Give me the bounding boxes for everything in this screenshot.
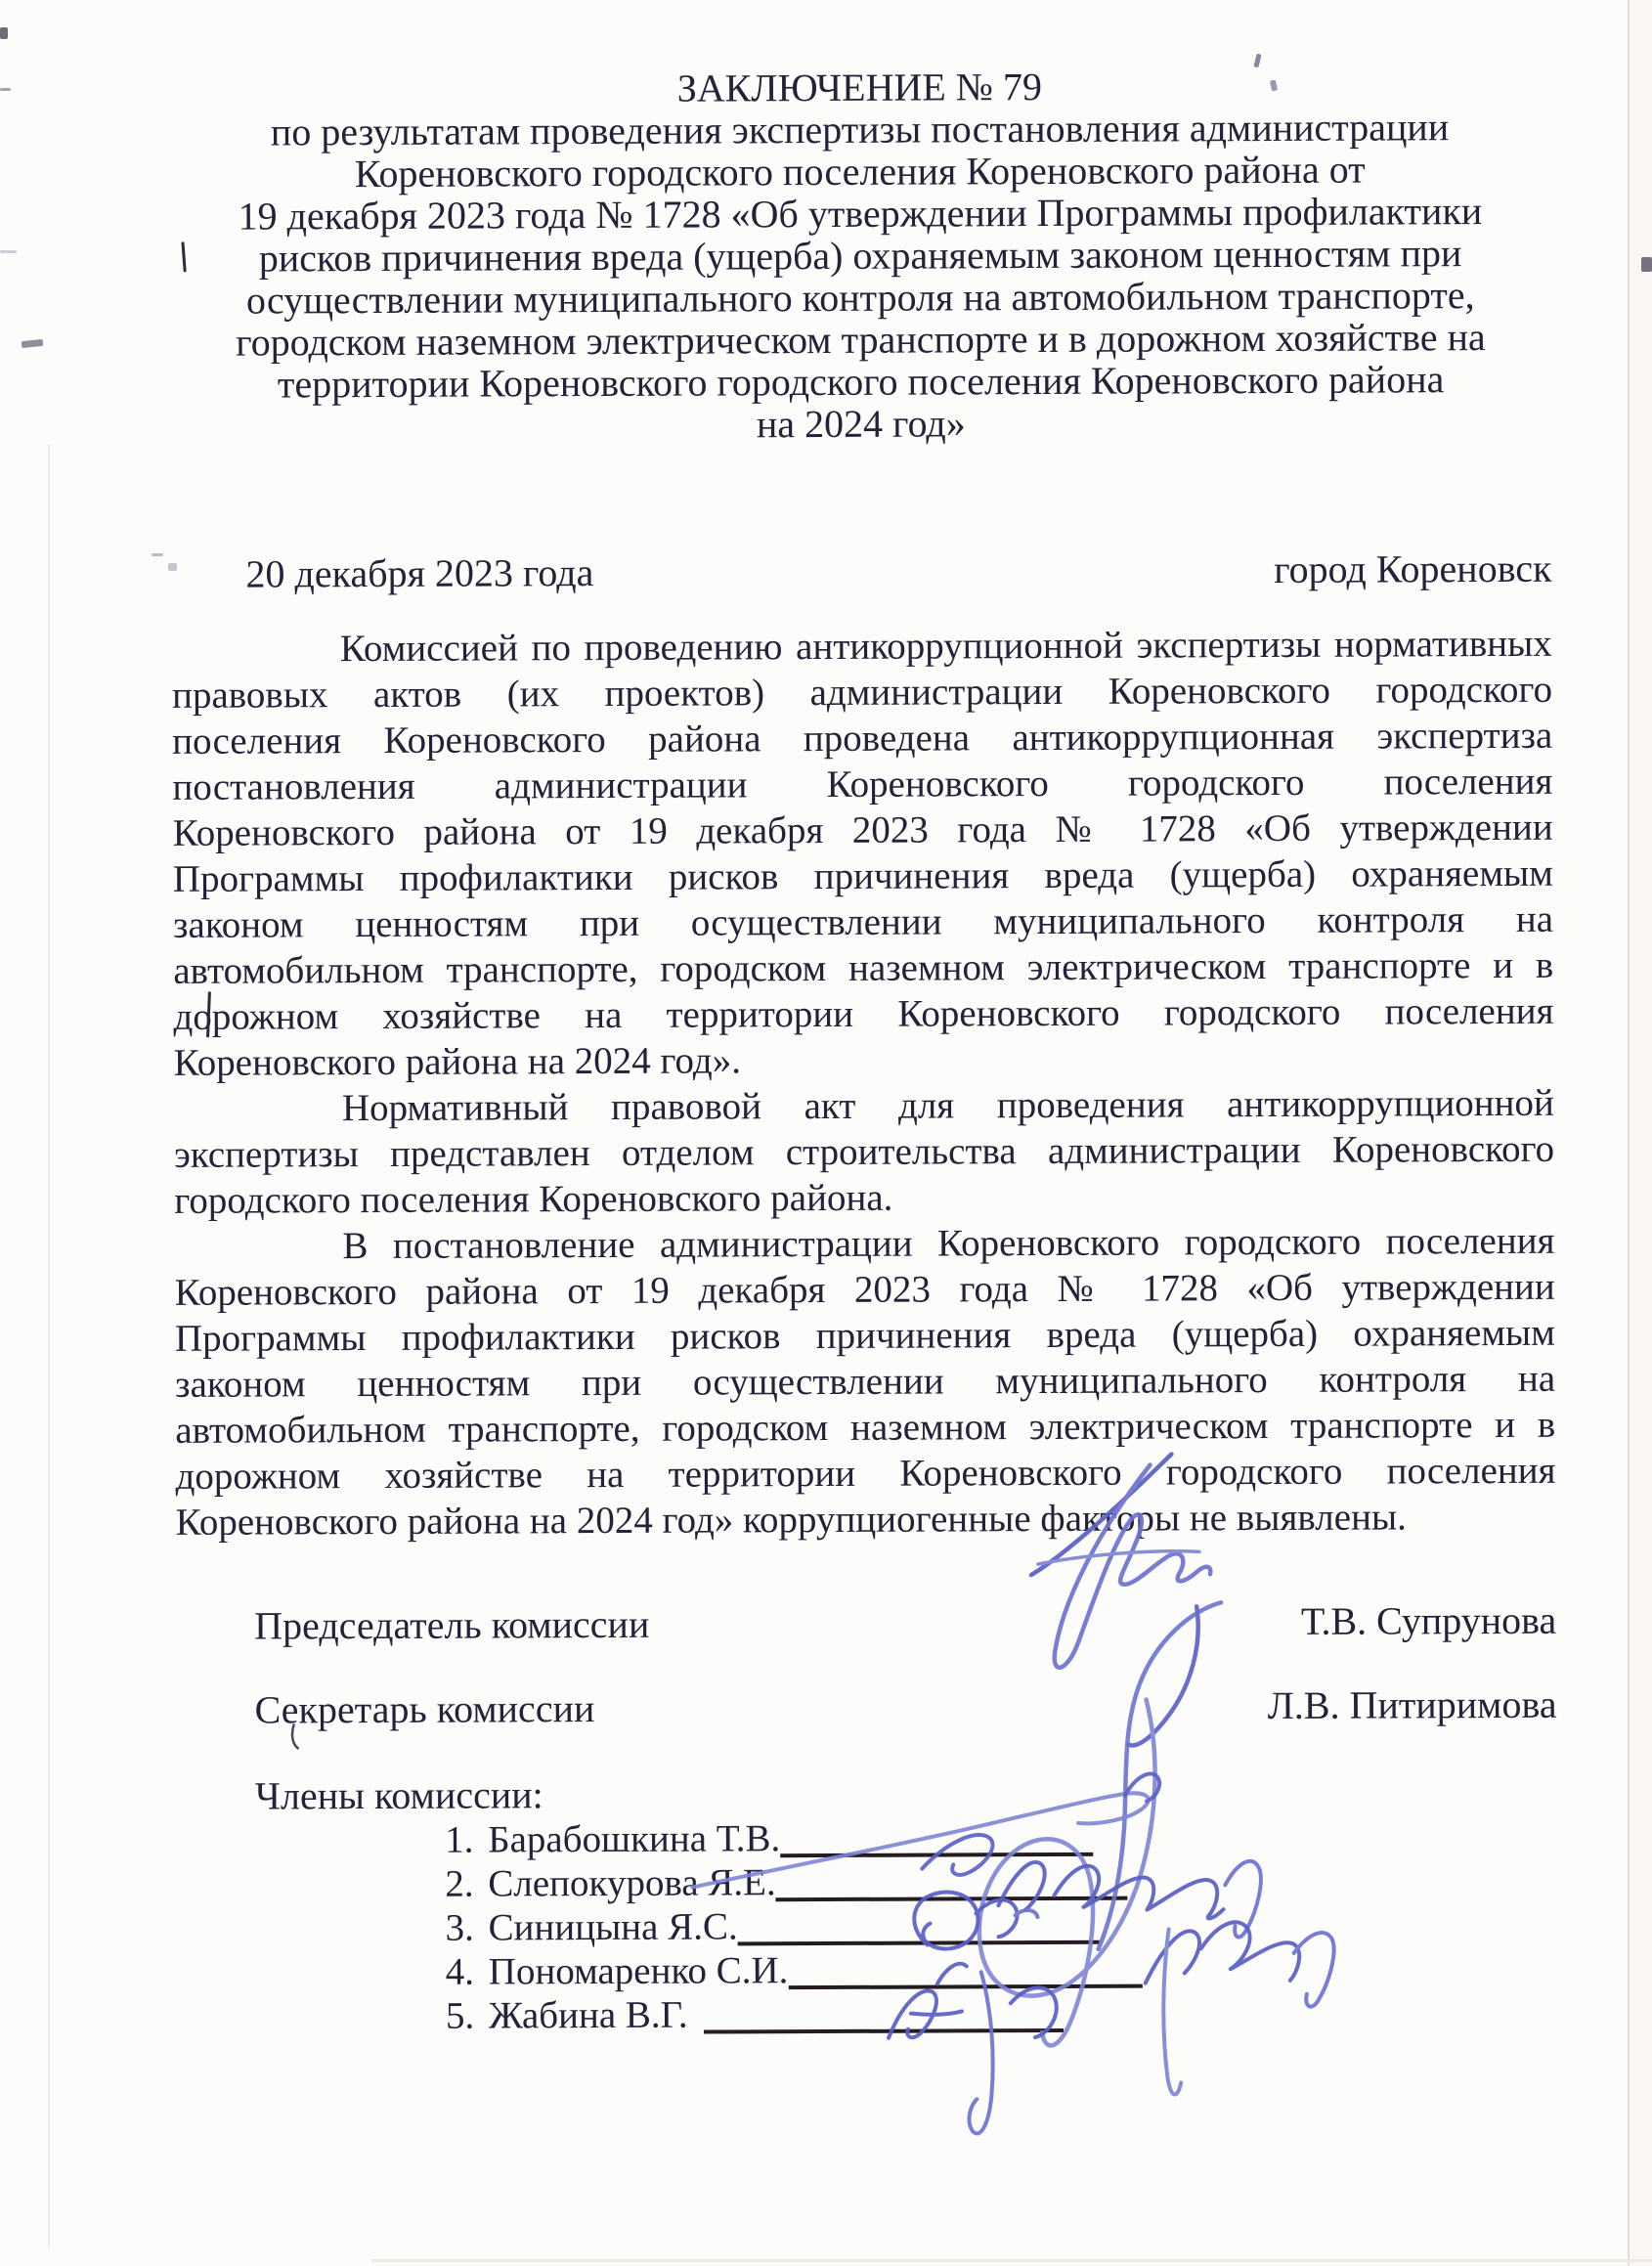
title-line: на 2024 год» [171, 400, 1551, 448]
paragraph-line: Комиссией по проведению антикоррупционно… [172, 621, 1552, 673]
member-name: Жабина В.Г. [489, 1994, 688, 2037]
scan-speck [1641, 257, 1652, 272]
title-line: рисков причинения вреда (ущерба) охраняе… [170, 232, 1550, 280]
secretary-role-label: Секретарь комиссии [254, 1685, 594, 1733]
member-number: 4. [446, 1950, 489, 1994]
secretary-name: Л.В. Питиримова [1268, 1681, 1557, 1728]
chairman-name: Т.В. Супрунова [1301, 1597, 1556, 1644]
scan-speck [0, 27, 8, 39]
member-signature-line [776, 1895, 1128, 1902]
paragraph-line: автомобильном транспорте, городском назе… [175, 1402, 1555, 1454]
member-number: 1. [445, 1818, 488, 1862]
date-place-row: 20 декабря 2023 года город Кореновск [171, 545, 1551, 597]
title-line: 19 декабря 2023 года № 1728 «Об утвержде… [170, 190, 1550, 238]
member-row: 5.Жабина В.Г. [178, 1989, 1558, 2039]
paragraph-line: законом ценностям при осуществлении муни… [175, 1356, 1555, 1408]
paragraph-line: Кореновского района на 2024 год» коррупц… [176, 1494, 1556, 1546]
document-date: 20 декабря 2023 года [245, 549, 593, 597]
members-list: 1.Барабошкина Т.В. 2.Слепокурова Я.Е. 3.… [177, 1813, 1558, 2039]
paragraph-line: Кореновского района от 19 декабря 2023 г… [173, 805, 1553, 856]
title-line: осуществлении муниципального контроля на… [170, 274, 1550, 322]
paragraph-line: Нормативный правовой акт для проведения … [174, 1080, 1554, 1132]
chairman-role-label: Председатель комиссии [254, 1601, 649, 1649]
title-line: Кореновского городского поселения Корено… [170, 148, 1550, 196]
paragraph-line: постановления администрации Кореновского… [172, 759, 1552, 810]
scanned-document-page: ЗАКЛЮЧЕНИЕ № 79 по результатам проведени… [0, 0, 1652, 2266]
member-name: Синицына Я.С. [488, 1905, 737, 1948]
title-line: территории Кореновского городского посел… [171, 358, 1551, 406]
paragraph-line: правовых актов (их проектов) администрац… [172, 667, 1552, 719]
paragraph-line: Программы профилактики рисков причинения… [173, 850, 1553, 902]
member-name: Пономаренко С.И. [489, 1949, 789, 1992]
paragraph-line: экспертизы представлен отделом строитель… [174, 1126, 1554, 1178]
document-body: Комиссией по проведению антикоррупционно… [172, 621, 1556, 1546]
scan-speck [0, 88, 11, 91]
member-number: 3. [445, 1906, 488, 1950]
member-signature-line [788, 1983, 1142, 1990]
paragraph-line: городского поселения Кореновского района… [174, 1172, 1554, 1224]
document-title: ЗАКЛЮЧЕНИЕ № 79 по результатам проведени… [169, 0, 1551, 448]
paragraph-line: автомобильном транспорте, городском назе… [173, 942, 1553, 994]
chairman-row: Председатель комиссии Т.В. Супрунова [176, 1597, 1556, 1649]
member-number: 5. [446, 1994, 489, 2038]
title-line: ЗАКЛЮЧЕНИЕ № 79 [169, 64, 1549, 111]
paragraph-line: В постановление администрации Кореновско… [174, 1218, 1554, 1270]
member-row: 3.Синицына Я.С. [177, 1901, 1557, 1951]
paragraph-line: дорожном хозяйстве на территории Коренов… [175, 1448, 1555, 1500]
paragraph-line: Кореновского района от 19 декабря 2023 г… [175, 1264, 1555, 1316]
member-signature-line [704, 2026, 1064, 2034]
title-line: городском наземном электрическом транспо… [170, 316, 1550, 364]
member-number: 2. [445, 1862, 488, 1906]
member-row: 2.Слепокурова Я.Е. [177, 1857, 1557, 1907]
members-heading: Члены комиссии: [177, 1767, 1557, 1819]
document-content: ЗАКЛЮЧЕНИЕ № 79 по результатам проведени… [169, 0, 1558, 2039]
scan-speck [168, 563, 177, 571]
paragraph-line: поселения Кореновского района проведена … [172, 713, 1552, 764]
paragraph-line: Программы профилактики рисков причинения… [175, 1310, 1555, 1362]
scan-speck [0, 250, 17, 253]
member-signature-line [780, 1851, 1093, 1857]
paragraph-line: Кореновского района на 2024 год». [174, 1034, 1554, 1086]
member-signature-line [738, 1939, 1100, 1946]
title-line: по результатам проведения экспертизы пос… [169, 106, 1549, 153]
member-name: Слепокурова Я.Е. [488, 1861, 776, 1904]
paragraph-line: законом ценностям при осуществлении муни… [173, 896, 1553, 948]
scan-speck [152, 553, 163, 556]
document-place: город Кореновск [1274, 545, 1551, 592]
member-row: 4.Пономаренко С.И. [178, 1945, 1558, 1995]
secretary-row: Секретарь комиссии Л.В. Питиримова [176, 1681, 1556, 1733]
member-row: 1.Барабошкина Т.В. [177, 1813, 1557, 1863]
member-name: Барабошкина Т.В. [488, 1817, 780, 1860]
paragraph-line: дорожном хозяйстве на территории Коренов… [173, 988, 1553, 1040]
